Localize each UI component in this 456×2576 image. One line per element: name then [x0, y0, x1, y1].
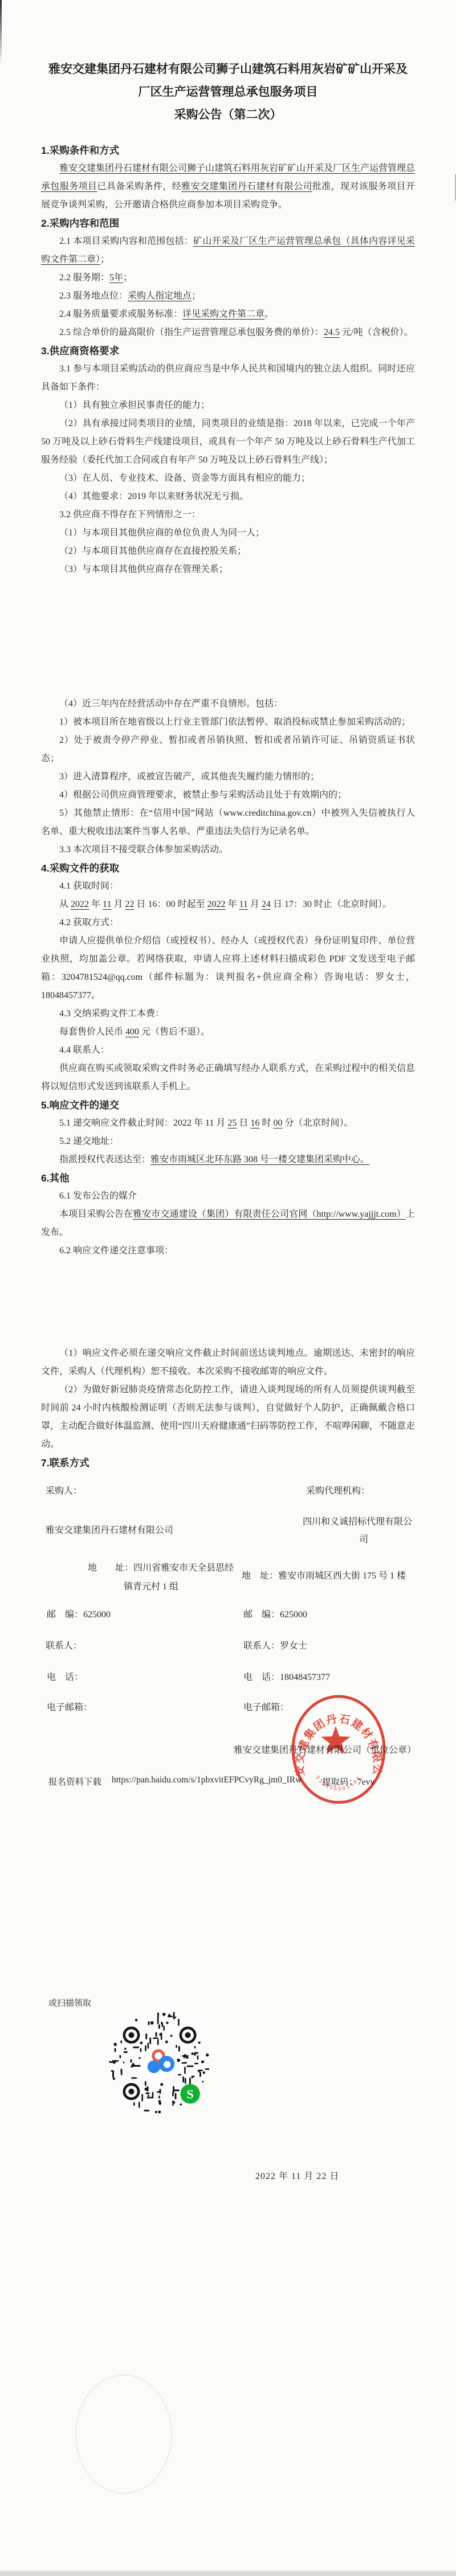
para-3-1-item-4: （4）其他要求：2019 年以来财务状况无亏损。: [41, 488, 415, 506]
para-3-2-sub-5: 5）其他禁止情形：在“信用中国”网站（www.creditchina.gov.c…: [41, 804, 415, 841]
page-3-content: （1）响应文件必须在递交响应文件截止时间前送达谈判地点。逾期送达、未密封的响应文…: [41, 1344, 415, 1472]
scanned-procurement-announcement: 雅安交建集团丹石建材有限公司狮子山建筑石料用灰岩矿矿山开采及 厂区生产运营管理总…: [0, 0, 456, 2576]
para-3-1-item-1: （1）具有独立承担民事责任的能力；: [41, 396, 415, 415]
page-1-content: 1.采购条件和方式 雅安交建集团丹石建材有限公司狮子山建筑石料用灰岩矿矿山开采及…: [41, 141, 415, 579]
para-6-2-note-2: （2）为做好新冠肺炎疫情常态化防控工作，请进入谈判现场的所有人员须提供谈判截至时…: [41, 1381, 415, 1454]
agent-phone: 电 话：18048457377: [243, 1671, 330, 1684]
seal-digits: 511825501493: [315, 1774, 362, 1792]
para-5-1: 5.1 递交响应文件截止时间：2022 年 11 月 25 日 16 时 00 …: [41, 1114, 415, 1132]
para-2-3: 2.3 服务地点位：采购人指定地点；: [41, 287, 415, 305]
para-4-1-time: 从 2022 年 11 月 22 日 16：00 时起至 2022 年 11 月…: [41, 896, 415, 914]
heading-section-2: 2.采购内容和范围: [41, 214, 415, 232]
para-3-2-sub-3: 3）进入清算程序，或被宣告破产，或其他丧失履约能力情形的；: [41, 768, 415, 786]
buyer-name: 雅安交建集团丹石建材有限公司: [46, 1524, 173, 1537]
para-4-4-detail: 供应商在购买或领取采购文件时务必正确填写经办人联系方式，在采购过程中的相关信息将…: [41, 1060, 415, 1096]
para-5-2: 5.2 递交地址：: [41, 1132, 415, 1151]
para-6-2: 6.2 响应文件递交注意事项：: [41, 1242, 415, 1260]
buyer-zip: 邮 编：625000: [47, 1609, 111, 1621]
buyer-contact: 联系人：: [46, 1640, 82, 1653]
para-3-2-item-4: （4）近三年内在经营活动中存在严重不良情形。包括：: [41, 695, 415, 713]
para-3-2-item-2: （2）与本项目其他供应商存在直接控股关系；: [41, 542, 415, 561]
buyer-address-line-1: 地 址：四川省雅安市天全县思经: [88, 1562, 234, 1575]
para-3-2-sub-2: 2）处于被责令停产停业、暂扣或者吊销执照、暂扣或者吊销许可证、吊销资质证书状态；: [41, 731, 415, 768]
qr-code: S: [108, 2012, 210, 2113]
download-url: https://pan.baidu.com/s/1pbxvitEFPCvyRg_…: [112, 1775, 302, 1785]
para-3-2-sub-1: 1）被本项目所在地省级以上行业主管部门依法暂停、取消投标或禁止参加采购活动的；: [41, 713, 415, 731]
para-3-2-item-3: （3）与本项目其他供应商存在管理关系；: [41, 561, 415, 579]
para-6-1-media: 本项目采购公告在雅安市交通建设（集团）有限责任公司官网（http://www.y…: [41, 1205, 415, 1242]
document-title: 雅安交建集团丹石建材有限公司狮子山建筑石料用灰岩矿矿山开采及 厂区生产运营管理总…: [41, 58, 415, 126]
para-4-4: 4.4 联系人：: [41, 1041, 415, 1060]
para-3-1-item-2: （2）具有承接过同类项目的业绩，同类项目的业绩是指：2018 年以来，已完成一个…: [41, 415, 415, 469]
para-2-1: 2.1 本项目采购内容和范围包括：矿山开采及厂区生产运营管理总承包（具体内容详见…: [41, 232, 415, 269]
para-4-2: 4.2 获取方式：: [41, 914, 415, 932]
company-seal-stamp: 雅安交建集团丹石建材有限公司 511825501493: [282, 1684, 396, 1816]
para-3-1-item-3: （3）在人员、专业技术、设备、资金等方面具有相应的能力；: [41, 469, 415, 488]
heading-section-4: 4.采购文件的获取: [41, 859, 415, 877]
agent-name-line-2: 司: [359, 1534, 368, 1546]
buyer-email: 电子邮箱：: [47, 1702, 92, 1714]
buyer-label: 采购人：: [46, 1485, 82, 1498]
para-5-2-address: 指派授权代表送达至：雅安市雨城区北环东路 308 号一楼交建集团采购中心。: [41, 1151, 415, 1169]
agent-contact: 联系人：罗女士: [243, 1640, 307, 1653]
heading-section-7: 7.联系方式: [41, 1454, 415, 1472]
page-2-content: （4）近三年内在经营活动中存在严重不良情形。包括： 1）被本项目所在地省级以上行…: [41, 695, 415, 1260]
para-1-1: 雅安交建集团丹石建材有限公司狮子山建筑石料用灰岩矿矿山开采及厂区生产运营管理总承…: [41, 160, 415, 214]
announcement-date: 2022 年 11 月 22 日: [255, 2169, 339, 2182]
para-3-1: 3.1 参与本项目采购活动的供应商应当是中华人民共和国境内的独立法人组织。同时还…: [41, 360, 415, 396]
para-3-3: 3.3 本次项目不接受联合体参加采购活动。: [41, 841, 415, 859]
agent-name-line-1: 四川和义诚招标代理有限公: [303, 1516, 412, 1528]
para-3-2: 3.2 供应商不得存在下列情形之一：: [41, 506, 415, 524]
scan-edge-artifact-bottom: [0, 2571, 456, 2576]
para-2-4: 2.4 服务质量要求或服务标准：详见采购文件第二章。: [41, 305, 415, 324]
para-3-2-sub-4: 4）根据公司供应商管理要求，被禁止参与采购活动且处于有效期内的；: [41, 786, 415, 804]
para-3-2-item-1: （1）与本项目其他供应商的单位负责人为同一人；: [41, 524, 415, 542]
para-2-2: 2.2 服务期：5年；: [41, 269, 415, 287]
para-4-1: 4.1 获取时间：: [41, 877, 415, 896]
para-6-2-note-1: （1）响应文件必须在递交响应文件截止时间前送达谈判地点。逾期送达、未密封的响应文…: [41, 1344, 415, 1381]
agent-label: 采购代理机构：: [306, 1485, 370, 1498]
para-4-3-price: 每套售价人民币 400 元（售后不退）。: [41, 1023, 415, 1041]
buyer-address-line-2: 镇青元村 1 组: [124, 1581, 178, 1593]
scan-edge-artifact-left: [0, 0, 2, 64]
title-line-3: 采购公告（第二次）: [41, 104, 415, 126]
scan-bleedthrough-artifact: [75, 2374, 172, 2494]
title-line-2: 厂区生产运营管理总承包服务项目: [41, 81, 415, 104]
qr-hint-label: 或扫描领取: [48, 1997, 91, 2009]
svg-text:511825501493: 511825501493: [315, 1774, 362, 1792]
heading-section-5: 5.响应文件的递交: [41, 1096, 415, 1114]
title-line-1: 雅安交建集团丹石建材有限公司狮子山建筑石料用灰岩矿矿山开采及: [41, 58, 415, 81]
seal-star-icon: [321, 1726, 350, 1754]
heading-section-3: 3.供应商资格要求: [41, 342, 415, 360]
heading-section-6: 6.其他: [41, 1169, 415, 1187]
buyer-phone: 电 话：: [47, 1671, 83, 1684]
para-6-1: 6.1 发布公告的媒介: [41, 1187, 415, 1205]
para-2-5: 2.5 综合单价的最高限价（指生产运营管理总承包服务费的单价）：24.5 元/吨…: [41, 324, 415, 342]
baidu-pan-blue-cloud-icon: [148, 2060, 160, 2073]
heading-section-1: 1.采购条件和方式: [41, 141, 415, 160]
qr-center-logo: S: [142, 2046, 200, 2104]
svg-text:S: S: [186, 2087, 193, 2101]
agent-address: 地 址：雅安市雨城区西大街 175 号 1 楼: [242, 1570, 406, 1583]
agent-zip: 邮 编：625000: [243, 1609, 307, 1621]
para-4-3: 4.3 交纳采购文件工本费：: [41, 1005, 415, 1023]
download-label: 报名资料下载: [48, 1775, 101, 1788]
para-4-2-detail: 申请人应提供单位介绍信（或授权书）、经办人（或授权代表）身份证明复印件、单位营业…: [41, 932, 415, 1005]
